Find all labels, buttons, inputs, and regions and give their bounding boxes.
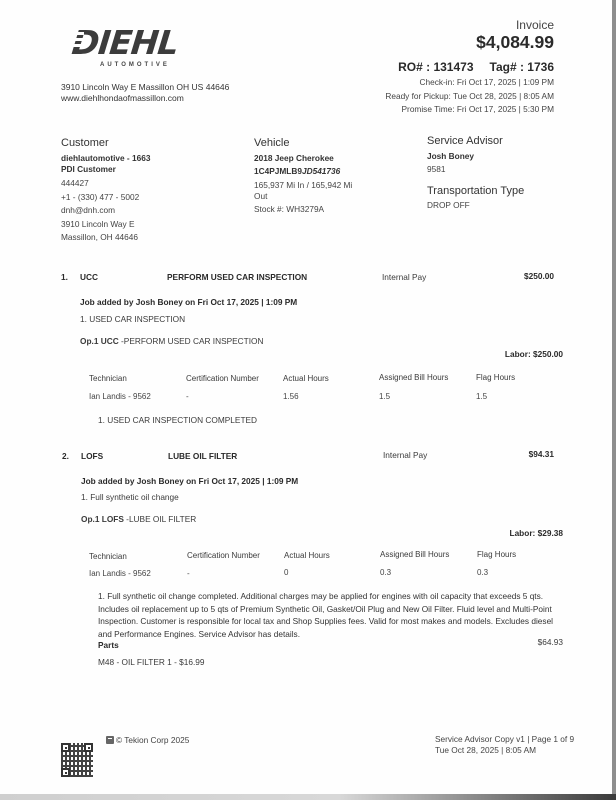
job-story: 1. Full synthetic oil change completed. … — [98, 590, 568, 640]
job-labor: Labor: $250.00 — [505, 349, 563, 359]
advisor-name: Josh Boney — [427, 150, 524, 163]
op-code: Op.1 UCC — [80, 336, 119, 346]
job-amount: $94.31 — [529, 449, 554, 459]
vehicle-section: Vehicle 2018 Jeep Cherokee 1C4PJMLB9JD54… — [254, 137, 352, 216]
job-number: 2. — [62, 451, 69, 461]
tech-bill-hours: 0.3 — [380, 568, 391, 577]
job-title: LUBE OIL FILTER — [168, 451, 237, 461]
vin-prefix: 1C4PJMLB9 — [254, 166, 302, 176]
service-advisor-section: Service Advisor Josh Boney 9581 Transpor… — [427, 135, 524, 210]
customer-city: Massillon, OH 44646 — [61, 231, 150, 245]
tech-header-certification: Certification Number — [186, 374, 259, 383]
promise-time: Promise Time: Fri Oct 17, 2025 | 5:30 PM — [385, 103, 554, 117]
dealer-website: www.diehlhondaofmassillon.com — [61, 93, 229, 104]
copy-page-info: Service Advisor Copy v1 | Page 1 of 9 — [435, 734, 574, 745]
advisor-heading: Service Advisor — [427, 135, 524, 147]
customer-section: Customer diehlautomotive - 1663 PDI Cust… — [61, 137, 150, 245]
op-code: Op.1 LOFS — [81, 514, 124, 524]
job-labor: Labor: $29.38 — [510, 528, 564, 538]
tech-name: Ian Landis - 9562 — [89, 569, 151, 578]
customer-phone: +1 - (330) 477 - 5002 — [61, 191, 150, 205]
tech-header-bill-hours: Assigned Bill Hours — [379, 373, 448, 382]
footer-copy-info: Service Advisor Copy v1 | Page 1 of 9 Tu… — [435, 734, 574, 756]
logo-speed-lines-icon — [70, 32, 84, 54]
vehicle-mileage: 165,937 Mi In / 165,942 Mi — [254, 180, 352, 191]
customer-name: diehlautomotive - 1663 — [61, 153, 150, 164]
tech-flag-hours: 1.5 — [476, 392, 487, 401]
job-code: UCC — [80, 272, 98, 282]
tech-flag-hours: 0.3 — [477, 568, 488, 577]
tech-header-technician: Technician — [89, 374, 127, 383]
footer-copyright: © Tekion Corp 2025 — [106, 735, 189, 745]
tech-actual-hours: 0 — [284, 568, 288, 577]
job-pay-type: Internal Pay — [382, 272, 426, 282]
vehicle-vin: 1C4PJMLB9JD541736 — [254, 165, 352, 178]
tech-bill-hours: 1.5 — [379, 392, 390, 401]
copyright-text: © Tekion Corp 2025 — [116, 735, 189, 745]
job-added-by: Job added by Josh Boney on Fri Oct 17, 2… — [80, 297, 297, 307]
job-code: LOFS — [81, 451, 103, 461]
tekion-icon — [106, 736, 114, 744]
tech-header-flag-hours: Flag Hours — [476, 373, 515, 382]
check-in-time: Check-in: Fri Oct 17, 2025 | 1:09 PM — [385, 76, 554, 90]
tech-header-actual-hours: Actual Hours — [284, 551, 330, 560]
invoice-label: Invoice — [516, 18, 554, 32]
job-operation: Op.1 UCC -PERFORM USED CAR INSPECTION — [80, 336, 263, 346]
logo-subtext: AUTOMOTIVE — [100, 62, 170, 68]
customer-id: 444427 — [61, 177, 150, 191]
ro-tag-line: RO# : 131473Tag# : 1736 — [398, 60, 554, 74]
vehicle-stock: Stock #: WH3279A — [254, 202, 352, 216]
job-pay-type: Internal Pay — [383, 450, 427, 460]
transportation-heading: Transportation Type — [427, 185, 524, 197]
part-line-item: M48 - OIL FILTER 1 - $16.99 — [98, 657, 205, 667]
job-operation: Op.1 LOFS -LUBE OIL FILTER — [81, 514, 196, 524]
logo-wordmark: DIEHL — [70, 26, 179, 60]
job-concern: 1. USED CAR INSPECTION — [80, 314, 185, 324]
dealer-address: 3910 Lincoln Way E Massillon OH US 44646 — [61, 82, 229, 93]
ready-for-pickup-time: Ready for Pickup: Tue Oct 28, 2025 | 8:0… — [385, 90, 554, 104]
parts-total: $64.93 — [538, 637, 563, 647]
parts-label: Parts — [98, 640, 119, 650]
customer-street: 3910 Lincoln Way E — [61, 218, 150, 232]
op-description: -PERFORM USED CAR INSPECTION — [119, 336, 264, 346]
dealer-logo: DIEHL AUTOMOTIVE — [72, 26, 190, 72]
vehicle-mileage-out: Out — [254, 191, 352, 202]
job-amount: $250.00 — [524, 271, 554, 281]
transportation-value: DROP OFF — [427, 200, 524, 210]
job-story: 1. USED CAR INSPECTION COMPLETED — [98, 415, 257, 425]
job-number: 1. — [61, 272, 68, 282]
tech-header-certification: Certification Number — [187, 551, 260, 560]
tech-certification: - — [186, 392, 189, 401]
tech-certification: - — [187, 569, 190, 578]
tech-name: Ian Landis - 9562 — [89, 392, 151, 401]
invoice-times: Check-in: Fri Oct 17, 2025 | 1:09 PM Rea… — [385, 76, 554, 117]
job-concern: 1. Full synthetic oil change — [81, 492, 179, 502]
vehicle-heading: Vehicle — [254, 137, 352, 149]
scan-edge-bottom — [0, 794, 616, 800]
customer-email: dnh@dnh.com — [61, 204, 150, 218]
op-description: -LUBE OIL FILTER — [124, 514, 196, 524]
job-title: PERFORM USED CAR INSPECTION — [167, 272, 307, 282]
tech-header-actual-hours: Actual Hours — [283, 374, 329, 383]
ro-number: RO# : 131473 — [398, 60, 473, 74]
vehicle-model: 2018 Jeep Cherokee — [254, 152, 352, 165]
tech-header-flag-hours: Flag Hours — [477, 550, 516, 559]
customer-heading: Customer — [61, 137, 150, 149]
customer-type: PDI Customer — [61, 164, 150, 175]
invoice-total: $4,084.99 — [476, 32, 554, 53]
vin-suffix: JD541736 — [302, 166, 340, 176]
tech-header-technician: Technician — [89, 552, 127, 561]
tech-actual-hours: 1.56 — [283, 392, 299, 401]
tag-number: Tag# : 1736 — [490, 60, 554, 74]
scan-edge-right — [612, 0, 616, 800]
tech-header-bill-hours: Assigned Bill Hours — [380, 550, 449, 559]
qr-code-icon — [61, 743, 93, 777]
printed-timestamp: Tue Oct 28, 2025 | 8:05 AM — [435, 745, 574, 756]
advisor-id: 9581 — [427, 163, 524, 176]
job-added-by: Job added by Josh Boney on Fri Oct 17, 2… — [81, 476, 298, 486]
dealer-contact: 3910 Lincoln Way E Massillon OH US 44646… — [61, 82, 229, 104]
invoice-page: DIEHL AUTOMOTIVE 3910 Lincoln Way E Mass… — [0, 0, 612, 794]
